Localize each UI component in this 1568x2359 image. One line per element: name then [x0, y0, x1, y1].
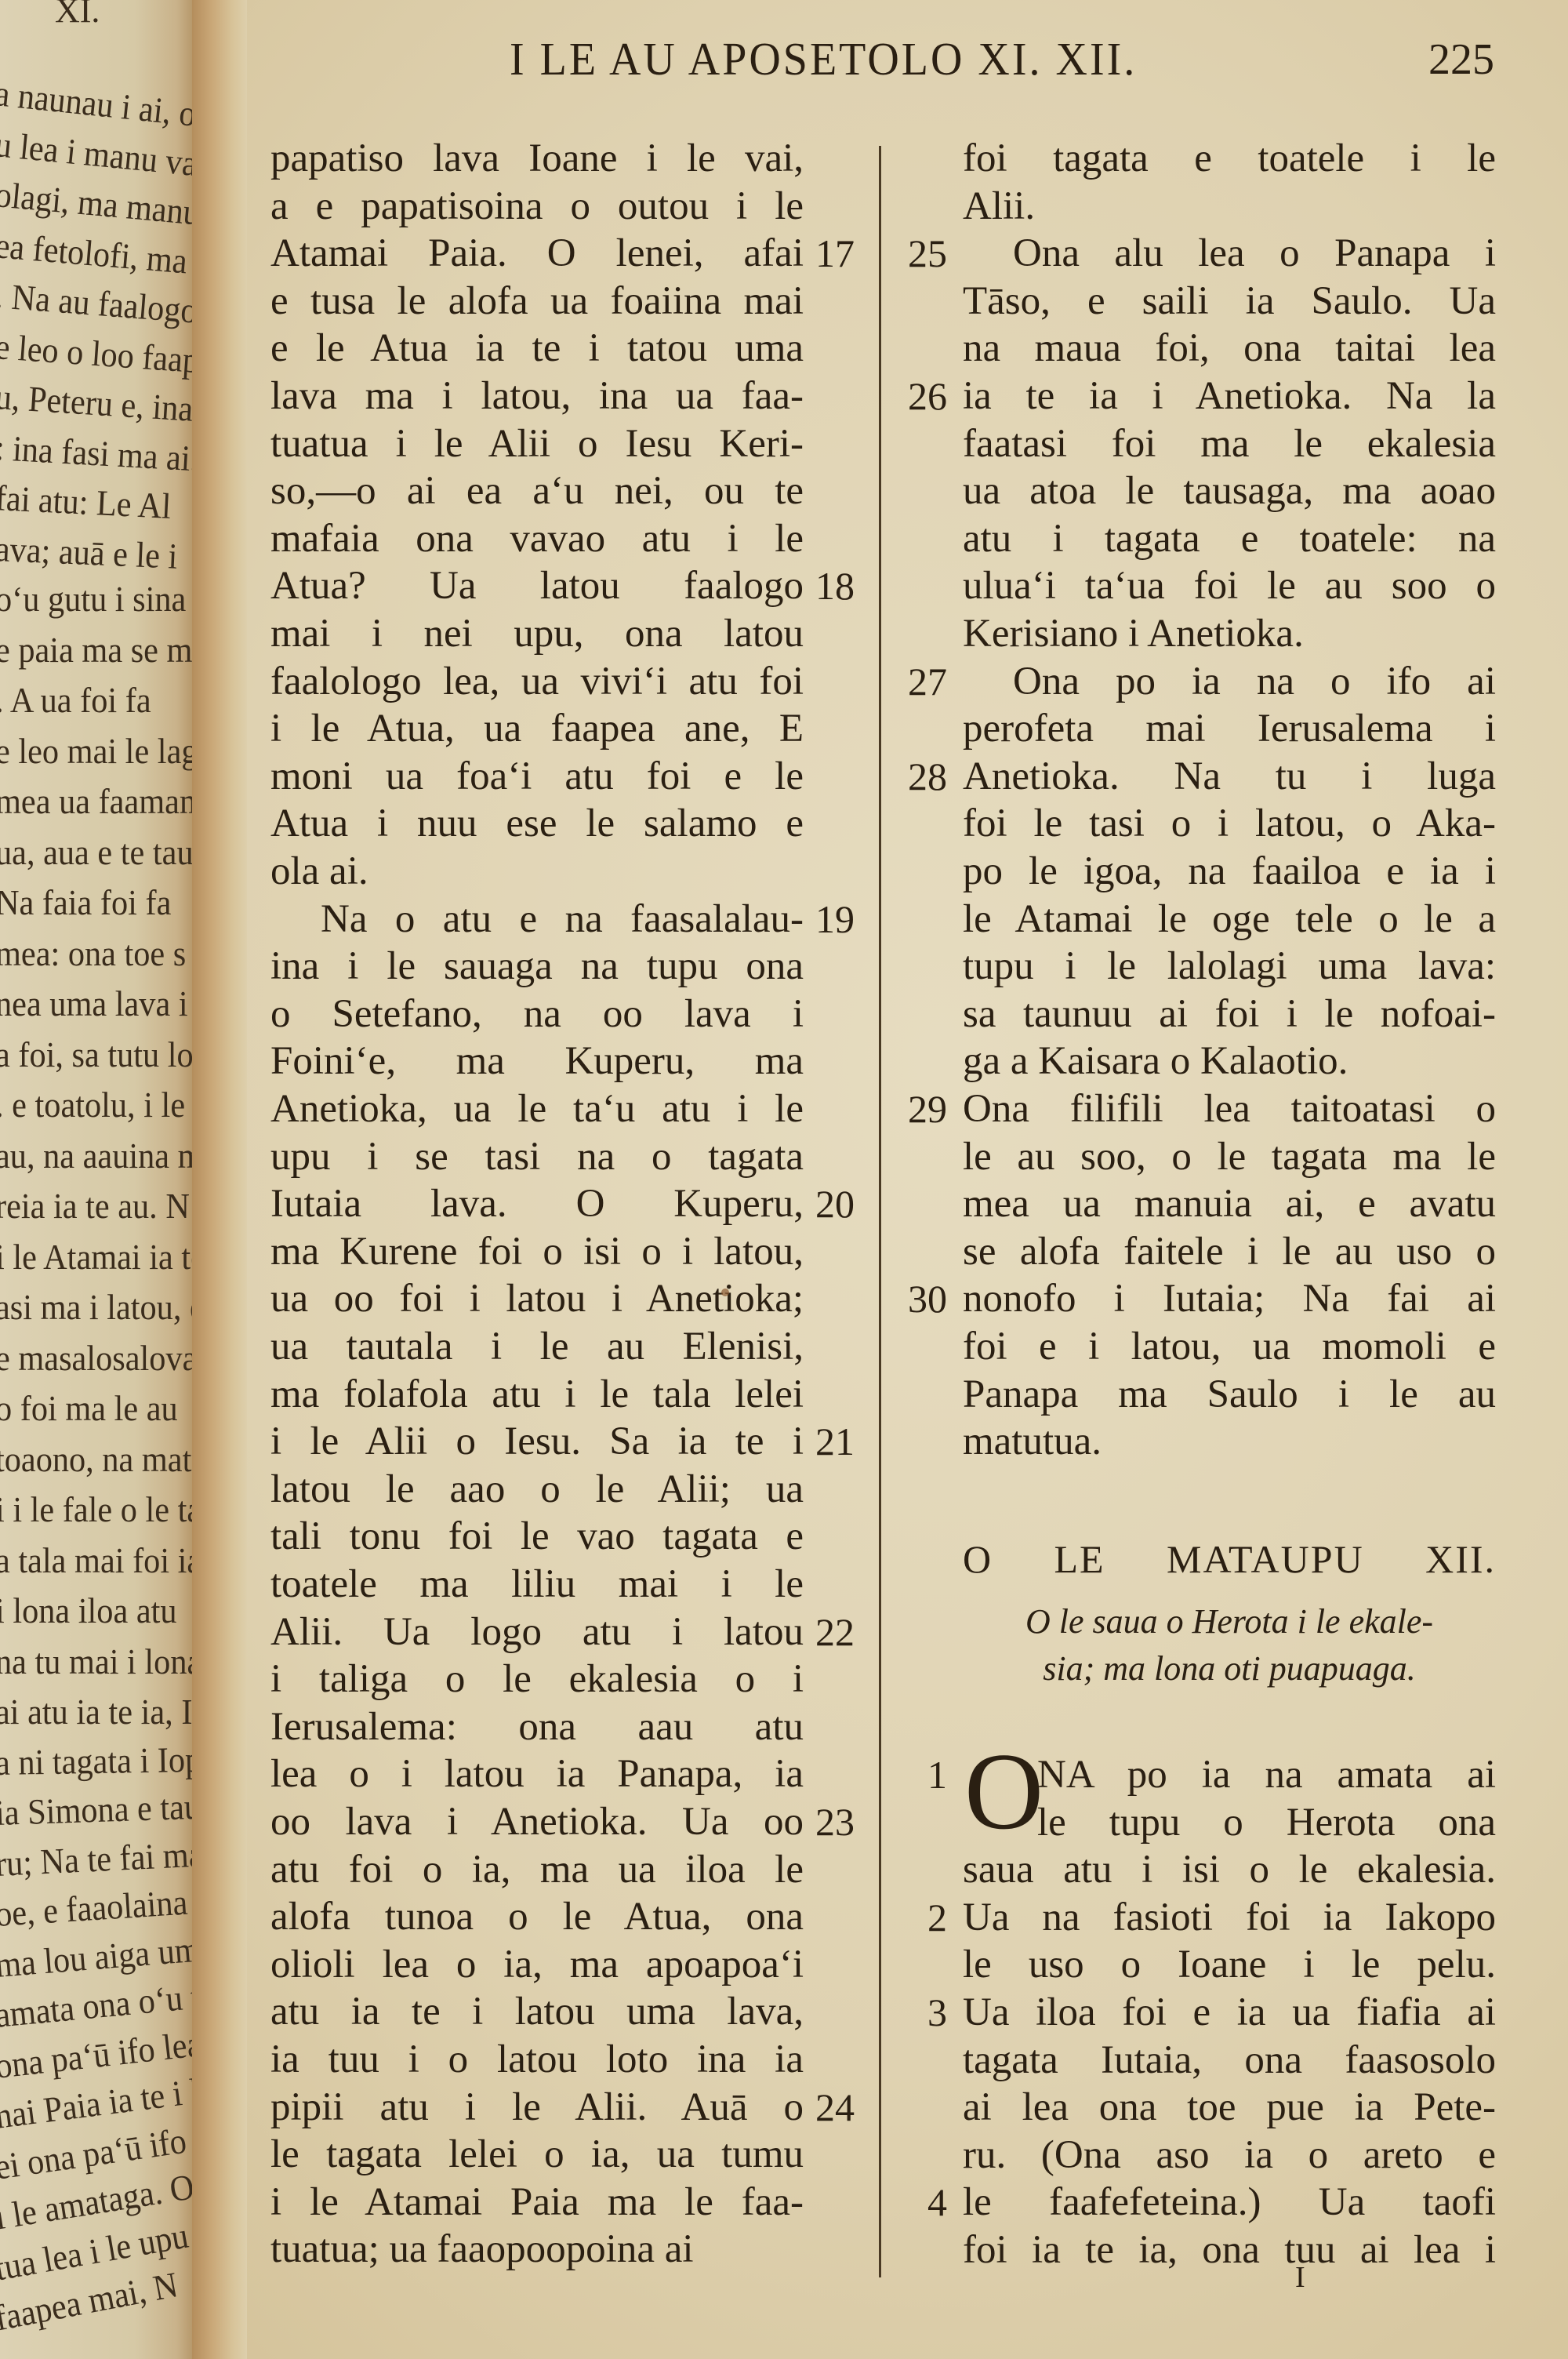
text-line: Ua iloa foi e ia ua fiafia ai	[963, 1989, 1496, 2036]
text-line: Atua? Ua latou faalogo	[270, 562, 804, 609]
facing-page-line: mea: ona toe s	[0, 932, 186, 974]
facing-page-line: o foi ma le au	[0, 1387, 178, 1429]
text-line: le Atamai le oge tele o le a	[963, 896, 1496, 943]
verse-number: 28	[898, 753, 947, 800]
chapter-summary-line: sia; ma lona oti puapuaga.	[963, 1645, 1496, 1692]
text-line: Anetioka, ua le ta‘u atu i le	[270, 1085, 804, 1132]
facing-page-line: a foi, sa tutu loa	[0, 1034, 192, 1075]
running-head-title: I LE AU APOSETOLO XI. XII.	[510, 33, 1286, 85]
facing-page-line: mea ua faamamā	[0, 780, 192, 822]
verse-number: 26	[898, 373, 947, 420]
text-line: Ona alu lea o Panapa i	[963, 230, 1496, 277]
text-line: tuatua i le Alii o Iesu Keri-	[270, 420, 804, 467]
facing-page-line: Na faia foi fa	[0, 881, 171, 923]
text-line: le tupu o Herota ona	[963, 1799, 1496, 1846]
facing-page-line: : ina fasi ma ai.	[0, 427, 192, 479]
verse-number: 22	[815, 1608, 855, 1656]
facing-page-line: . A ua foi fa	[0, 679, 151, 721]
facing-page-line: . Na au faalogo	[0, 274, 192, 332]
text-line: NA po ia na amata ai	[963, 1751, 1496, 1798]
facing-page-line: nea uma lava i le	[0, 983, 192, 1024]
verse-number: 24	[815, 2084, 855, 2131]
text-line: alofa tunoa o le Atua, ona	[270, 1893, 804, 1940]
facing-page-line: reia ia te au. N	[0, 1185, 190, 1227]
facing-page-line: e leo mai le lagi	[0, 730, 192, 772]
text-line: tupu i le lalolagi uma lava:	[963, 943, 1496, 990]
verse-number: 1	[898, 1751, 947, 1798]
text-line: po le igoa, na faailoa e ia i	[963, 848, 1496, 895]
text-line: le au soo, o le tagata ma le	[963, 1133, 1496, 1180]
text-line: foi ia te ia, ona tuu ai lea i	[963, 2226, 1496, 2274]
text-line: upu i se tasi na o tagata	[270, 1133, 804, 1180]
text-line: Kerisiano i Anetioka.	[963, 610, 1496, 657]
facing-page-line: ava; auā e le i	[0, 528, 179, 577]
text-line: i taliga o le ekalesia o i	[270, 1656, 804, 1703]
text-line: Iutaia lava. O Kuperu,	[270, 1180, 804, 1227]
facing-page-line: . e toatolu, i le fa	[0, 1084, 192, 1125]
facing-page-line: e leo o loo faapea	[0, 325, 192, 383]
text-line: atu foi o ia, ma ua iloa le	[270, 1846, 804, 1893]
text-line: lava ma i latou, ina ua faa-	[270, 373, 804, 420]
text-line: faalologo lea, ua vivi‘i atu foi	[270, 658, 804, 705]
facing-page-line: e masalosalovale.	[0, 1337, 192, 1379]
facing-page-line: i le Atamai ia te	[0, 1236, 192, 1278]
ink-stain	[721, 1289, 729, 1296]
text-line: perofeta mai Ierusalema i	[963, 705, 1496, 752]
facing-page-line: ia Simona e tau	[0, 1786, 192, 1834]
text-line: le faafefeteina.) Ua taofi	[963, 2179, 1496, 2226]
text-line: i le Alii o Iesu. Sa ia te i	[270, 1418, 804, 1465]
signature-mark: I	[1295, 2260, 1305, 2295]
chapter-heading: O LE MATAUPU XII.	[963, 1536, 1496, 1583]
text-line: Foini‘e, ma Kuperu, ma	[270, 1038, 804, 1085]
verse-number: 23	[815, 1798, 855, 1845]
text-line: ia tuu i o latou loto ina ia	[270, 2036, 804, 2083]
facing-page-line: e paia ma se mea	[0, 629, 192, 671]
text-line: ua atoa le tausaga, ma aoao	[963, 467, 1496, 514]
verse-number: 20	[815, 1180, 855, 1227]
text-line: atu i tagata e toatele: na	[963, 515, 1496, 562]
text-line: faatasi foi ma le ekalesia	[963, 420, 1496, 467]
facing-page-line: ma lou aiga uma la	[0, 1924, 192, 1985]
text-line: foi le tasi o i latou, o Aka-	[963, 800, 1496, 847]
text-line: Ona po ia na o ifo ai	[963, 658, 1496, 705]
text-line: tagata Iutaia, ona faasosolo	[963, 2037, 1496, 2084]
verse-number: 19	[815, 896, 855, 943]
facing-page-line: u, Peteru e, ina t	[0, 376, 192, 431]
text-line: ia te ia i Anetioka. Na la	[963, 373, 1496, 420]
text-line: toatele ma liliu mai i le	[270, 1561, 804, 1608]
text-line: e tusa le alofa ua foaiina mai	[270, 278, 804, 325]
text-line: ga a Kaisara o Kalaotio.	[963, 1038, 1496, 1085]
book-page: XI. a naunau i ai, onau lea i manu vaefa…	[0, 0, 1568, 2359]
text-line: ola ai.	[270, 848, 804, 895]
text-line: tali tonu foi le vao tagata e	[270, 1513, 804, 1560]
facing-page-line: oe, e faaolaina ai	[0, 1879, 192, 1935]
text-line: tuatua; ua faaopoopoina ai	[270, 2226, 804, 2273]
verse-number: 21	[815, 1418, 855, 1465]
text-line: mea ua manuia ai, e avatu	[963, 1180, 1496, 1227]
text-line: e le Atua ia te i tatou uma	[270, 325, 804, 372]
text-line: Tāso, e saili ia Saulo. Ua	[963, 278, 1496, 325]
text-line: le tagata lelei o ia, ua tumu	[270, 2131, 804, 2178]
text-line: se alofa faitele i le au uso o	[963, 1228, 1496, 1275]
text-line: moni ua foa‘i atu foi e le	[270, 753, 804, 800]
page-number: 225	[1428, 35, 1494, 85]
text-line: lea o i latou ia Panapa, ia	[270, 1750, 804, 1797]
text-line: Atamai Paia. O lenei, afai	[270, 230, 804, 277]
text-line: Na o atu e na faasalalau-	[270, 896, 804, 943]
text-line: ina i le sauaga na tupu ona	[270, 943, 804, 990]
verse-number: 3	[898, 1989, 947, 2036]
text-line: Alii. Ua logo atu i latou	[270, 1608, 804, 1656]
text-line: Ona filifili lea taitoatasi o	[963, 1085, 1496, 1132]
text-line: ai lea ona toe pue ia Pete-	[963, 2084, 1496, 2131]
verse-number: 30	[898, 1275, 947, 1322]
text-line: Ua na fasioti foi ia Iakopo	[963, 1894, 1496, 1941]
text-line: mafaia ona vavao atu i le	[270, 515, 804, 562]
text-line: Ierusalema: ona aau atu	[270, 1703, 804, 1750]
column-divider	[879, 146, 881, 2277]
verse-number: 27	[898, 658, 947, 705]
text-line: i le Atua, ua faapea ane, E	[270, 705, 804, 752]
text-line: mai i nei upu, ona latou	[270, 610, 804, 657]
text-line: ulua‘i ta‘ua foi le au soo o	[963, 562, 1496, 609]
text-line: so,—o ai ea a‘u nei, ou te	[270, 467, 804, 514]
verse-number: 29	[898, 1085, 947, 1132]
text-line: ru. (Ona aso ia o areto e	[963, 2132, 1496, 2179]
facing-page-line: a ni tagata i Iope	[0, 1738, 192, 1783]
text-line: latou le aao o le Alii; ua	[270, 1466, 804, 1513]
text-line: ma folafola atu i le tala lelei	[270, 1371, 804, 1418]
text-line: Anetioka. Na tu i luga	[963, 753, 1496, 800]
text-line: oo lava i Anetioka. Ua oo	[270, 1798, 804, 1845]
facing-page-line: ua, aua e te taua	[0, 831, 192, 873]
text-line: le uso o Ioane i le pelu.	[963, 1941, 1496, 1988]
text-line: na maua foi, ona taitai lea	[963, 325, 1496, 372]
chapter-summary-line: O le saua o Herota i le ekale-	[963, 1598, 1496, 1645]
verse-number: 18	[815, 562, 855, 609]
facing-page-line: i lona iloa atu	[0, 1590, 177, 1631]
text-line: Alii.	[963, 183, 1496, 230]
facing-page-line: ru; Na te fai mai	[0, 1832, 192, 1884]
facing-page-line: au, na aauina m	[0, 1135, 192, 1176]
book-gutter	[192, 0, 247, 2359]
verse-number: 2	[898, 1894, 947, 1941]
text-line: o Setefano, na oo lava i	[270, 990, 804, 1038]
text-line: saua atu i isi o le ekalesia.	[963, 1846, 1496, 1893]
text-line: pipii atu i le Alii. Auā o	[270, 2084, 804, 2131]
text-line: olioli lea o ia, ma apoapoa‘i	[270, 1941, 804, 1988]
text-line: sa taunuu ai foi i le nofoai-	[963, 990, 1496, 1038]
text-line: a e papatisoina o outou i le	[270, 183, 804, 230]
text-line: papatiso lava Ioane i le vai,	[270, 135, 804, 182]
text-line: ua tautala i le au Elenisi,	[270, 1323, 804, 1370]
facing-page-line: i i le fale o le ta	[0, 1488, 192, 1530]
text-line: i le Atamai Paia ma le faa-	[270, 2179, 804, 2226]
text-line: foi tagata e toatele i le	[963, 135, 1496, 182]
text-line: Atua i nuu ese le salamo e	[270, 800, 804, 847]
text-line: atu ia te i latou uma lava,	[270, 1988, 804, 2035]
facing-page-line: a tala mai foi ia	[0, 1539, 192, 1581]
verse-number: 4	[898, 2179, 947, 2226]
verse-number: 25	[898, 230, 947, 277]
text-line: matutua.	[963, 1418, 1496, 1465]
text-line: ma Kurene foi o isi o i latou,	[270, 1228, 804, 1275]
facing-page-line: ai atu ia te ia, Ina	[0, 1691, 192, 1732]
text-line: Panapa ma Saulo i le au	[963, 1371, 1496, 1418]
facing-page-left: XI. a naunau i ai, onau lea i manu vaefa…	[0, 0, 192, 2359]
text-line: ua oo foi i latou i Anetioka;	[270, 1275, 804, 1322]
facing-page-header: XI.	[55, 0, 100, 31]
facing-page-line: o‘u gutu i sina m	[0, 578, 192, 620]
facing-page-line: na tu mai i lona f	[0, 1641, 192, 1682]
text-line: nonofo i Iutaia; Na fai ai	[963, 1275, 1496, 1322]
verse-number: 17	[815, 230, 855, 277]
text-line: foi e i latou, ua momoli e	[963, 1323, 1496, 1370]
facing-page-line: toaono, na matou	[0, 1438, 192, 1480]
facing-page-line: fai atu: Le Al	[0, 477, 172, 527]
facing-page-line: asi ma i latou, e	[0, 1286, 192, 1328]
